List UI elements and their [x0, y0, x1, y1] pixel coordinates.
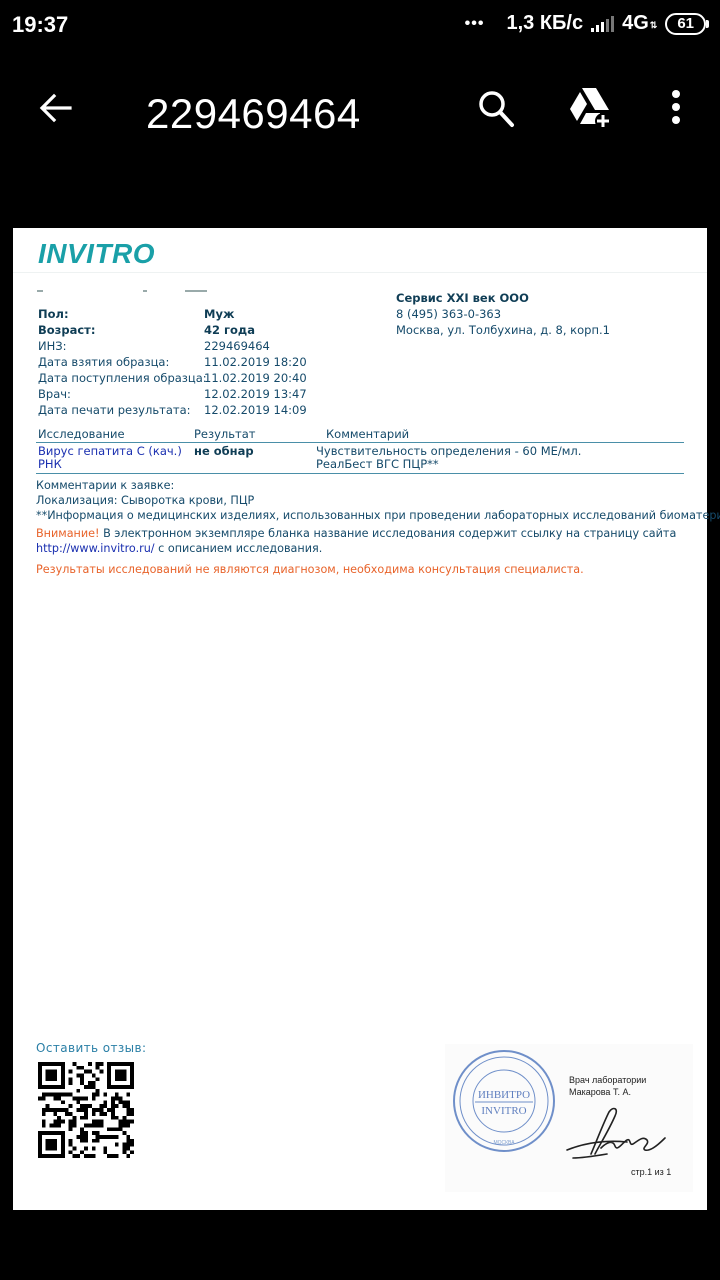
patient-info-label: Дата печати результата: [38, 402, 191, 418]
patient-info-label: Возраст: [38, 322, 95, 338]
search-button[interactable] [472, 84, 520, 132]
patient-info-label: Дата взятия образца: [38, 354, 169, 370]
page-number: стр.1 из 1 [631, 1167, 671, 1177]
search-icon [472, 84, 520, 132]
disclaimer: Результаты исследований не являются диаг… [36, 562, 696, 577]
battery-icon: 61 [665, 13, 706, 35]
patient-info-label: Пол: [38, 306, 69, 322]
warning-prefix: Внимание! [36, 527, 100, 540]
notes-footnote: **Информация о медицинских изделиях, исп… [36, 508, 696, 523]
more-vert-icon [652, 84, 700, 132]
header-comment: Комментарий [326, 427, 409, 442]
data-arrows-icon: ⇅ [650, 20, 658, 31]
more-options-button[interactable] [652, 84, 700, 132]
table-header: Исследование Результат Комментарий [36, 427, 684, 443]
lab-info: Сервис XXI век ООО 8 (495) 363-0-363 Мос… [396, 290, 610, 338]
test-name-link[interactable]: Вирус гепатита С (кач.) РНК [38, 445, 182, 471]
doctor-name: Макарова Т. А. [569, 1086, 646, 1098]
header-result: Результат [194, 427, 256, 442]
test-comment: Чувствительность определения - 60 МЕ/мл.… [316, 445, 581, 471]
svg-text:МОСКВА: МОСКВА [493, 1140, 515, 1146]
signature-icon [557, 1102, 687, 1168]
save-to-drive-button[interactable] [566, 84, 614, 132]
signature-area: ИНВИТРО INVITRO МОСКВА Врач лаборатории … [445, 1044, 693, 1192]
doctor-info: Врач лаборатории Макарова Т. А. [569, 1074, 646, 1098]
warning-block: Внимание! В электронном экземпляре бланк… [36, 526, 696, 577]
svg-text:ИНВИТРО: ИНВИТРО [478, 1089, 530, 1101]
lab-stamp-icon: ИНВИТРО INVITRO МОСКВА [451, 1048, 557, 1154]
notification-dots-icon: ••• [465, 15, 485, 33]
lab-phone: 8 (495) 363-0-363 [396, 306, 610, 322]
back-arrow-icon [36, 88, 76, 128]
status-bar: 19:37 ••• 1,3 КБ/с 4G⇅ 61 [0, 0, 720, 52]
status-indicators: ••• 1,3 КБ/с 4G⇅ 61 [465, 12, 706, 35]
header-divider [13, 272, 707, 273]
notes-heading: Комментарии к заявке: [36, 478, 696, 493]
lab-name: Сервис XXI век ООО [396, 290, 610, 306]
drive-add-icon [566, 84, 614, 132]
header-test: Исследование [38, 427, 125, 442]
doctor-title: Врач лаборатории [569, 1074, 646, 1086]
warning-text-2: с описанием исследования. [155, 542, 323, 555]
invitro-logo: INVITRO [38, 238, 155, 270]
patient-info-label: Врач: [38, 386, 71, 402]
review-label: Оставить отзыв: [36, 1041, 146, 1055]
patient-info-value: 11.02.2019 20:40 [204, 370, 307, 386]
patient-info-label: ИНЗ: [38, 338, 67, 354]
network-speed: 1,3 КБ/с [506, 12, 583, 35]
patient-info-value: 12.02.2019 13:47 [204, 386, 307, 402]
warning-text: В электронном экземпляре бланка название… [100, 527, 677, 540]
qr-code[interactable] [38, 1062, 134, 1158]
test-result: не обнар [194, 445, 254, 458]
table-row: Вирус гепатита С (кач.) РНК не обнар Чув… [36, 443, 684, 474]
patient-info-value: Муж [204, 306, 234, 322]
status-time: 19:37 [12, 12, 68, 38]
back-button[interactable] [36, 88, 76, 128]
document-page: INVITRO Пол:МужВозраст:42 годаИНЗ:229469… [13, 228, 707, 1210]
order-notes: Комментарии к заявке: Локализация: Сывор… [36, 478, 696, 523]
app-bar: 229469464 [0, 60, 720, 160]
patient-info-value: 12.02.2019 14:09 [204, 402, 307, 418]
document-title: 229469464 [146, 90, 361, 138]
signal-icon [591, 16, 614, 32]
results-table: Исследование Результат Комментарий Вирус… [36, 427, 684, 474]
invitro-link[interactable]: http://www.invitro.ru/ [36, 542, 155, 555]
patient-info-value: 229469464 [204, 338, 270, 354]
patient-info-value: 11.02.2019 18:20 [204, 354, 307, 370]
redacted-patient-name [35, 286, 235, 296]
patient-info-value: 42 года [204, 322, 255, 338]
patient-info-label: Дата поступления образца: [38, 370, 207, 386]
network-type: 4G⇅ [622, 12, 657, 35]
svg-text:INVITRO: INVITRO [481, 1105, 526, 1117]
notes-localization: Локализация: Сыворотка крови, ПЦР [36, 493, 696, 508]
lab-address: Москва, ул. Толбухина, д. 8, корп.1 [396, 322, 610, 338]
